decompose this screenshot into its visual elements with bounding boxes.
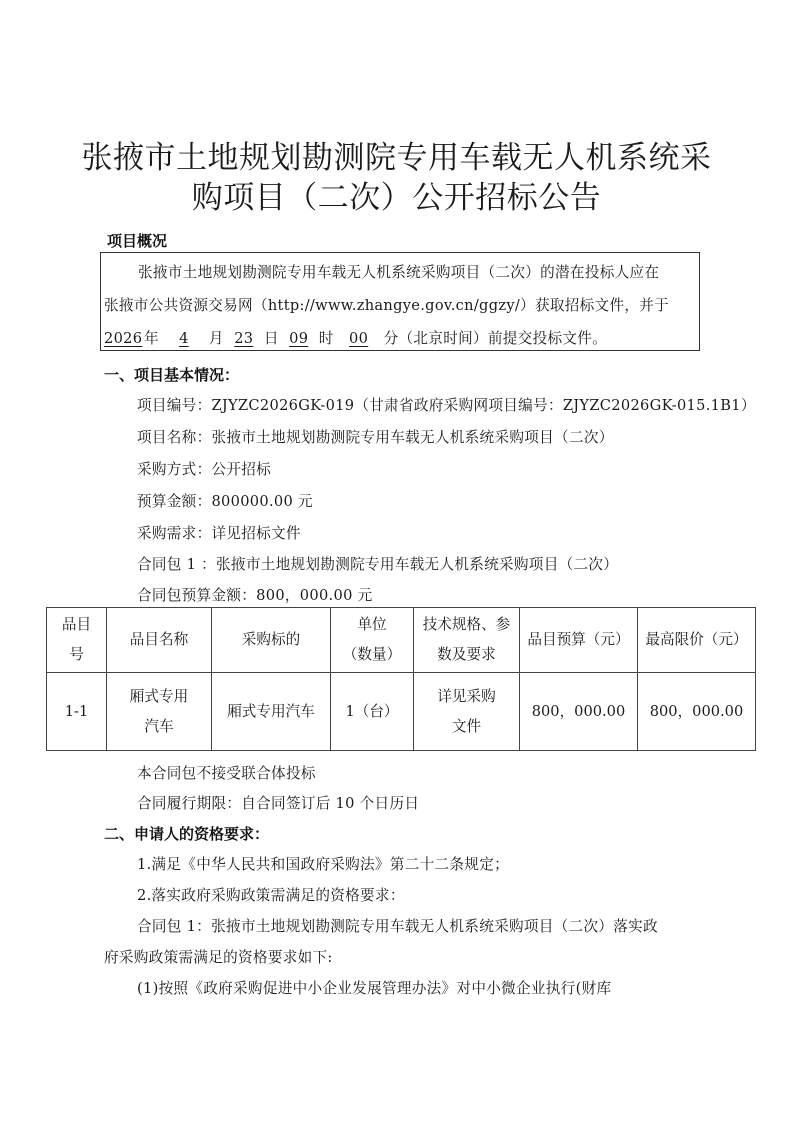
package-budget: 合同包预算金额：800，000.00 元 xyxy=(137,586,373,606)
qualification-item-2: 2.落实政府采购政策需满足的资格要求： xyxy=(137,886,405,906)
section1-heading: 一、项目基本情况： xyxy=(104,365,239,385)
budget-amount: 预算金额：800000.00 元 xyxy=(137,492,313,512)
header-max-price: 最高限价（元） xyxy=(638,608,756,673)
package-policy-line-2: 府采购政策需满足的资格要求如下: xyxy=(104,948,333,968)
contract-package: 合同包 1 ：张掖市土地规划勘测院专用车载无人机系统采购项目（二次） xyxy=(137,555,618,575)
deadline-year: 2026 xyxy=(104,329,144,349)
cell-max-price: 800，000.00 xyxy=(638,673,756,751)
section2-heading: 二、申请人的资格要求： xyxy=(104,824,269,844)
table-row: 1-1 厢式专用 汽车 厢式专用汽车 1（台） 详见采购 文件 800，000.… xyxy=(47,673,756,751)
deadline-minute-unit: 分 xyxy=(384,330,399,347)
header-unit: 单位 （数量） xyxy=(331,608,414,673)
deadline-year-unit: 年 xyxy=(144,330,159,347)
deadline-minute: 00 xyxy=(334,329,384,349)
title-line-1: 张掖市土地规划勘测院专用车载无人机系统采 xyxy=(60,138,733,178)
project-number: 项目编号：ZJYZC2026GK-019（甘肃省政府采购网项目编号：ZJYZC2… xyxy=(137,396,756,416)
items-table: 品目 号 品目名称 采购标的 单位 （数量） 技术规格、参 数及要求 品目预算（… xyxy=(46,607,756,751)
deadline-month: 4 xyxy=(159,329,209,349)
cell-spec: 详见采购 文件 xyxy=(414,673,520,751)
deadline-hour: 09 xyxy=(279,329,319,349)
overview-line-1: 张掖市土地规划勘测院专用车载无人机系统采购项目（二次）的潜在投标人应在 xyxy=(138,263,659,283)
performance-period: 合同履行期限：自合同签订后 10 个日历日 xyxy=(137,794,419,814)
header-item-budget: 品目预算（元） xyxy=(520,608,638,673)
cell-target: 厢式专用汽车 xyxy=(212,673,331,751)
cell-item-budget: 800，000.00 xyxy=(520,673,638,751)
deadline-suffix: （北京时间）前提交投标文件。 xyxy=(399,330,608,347)
deadline-month-unit: 月 xyxy=(209,330,224,347)
header-spec: 技术规格、参 数及要求 xyxy=(414,608,520,673)
cell-item-name: 厢式专用 汽车 xyxy=(107,673,212,751)
table-header-row: 品目 号 品目名称 采购标的 单位 （数量） 技术规格、参 数及要求 品目预算（… xyxy=(47,608,756,673)
cell-unit: 1（台） xyxy=(331,673,414,751)
overview-line-2: 张掖市公共资源交易网（http://www.zhangye.gov.cn/ggz… xyxy=(104,296,669,316)
procurement-method: 采购方式：公开招标 xyxy=(137,460,271,480)
title-line-2: 购项目（二次）公开招标公告 xyxy=(60,178,733,218)
header-target: 采购标的 xyxy=(212,608,331,673)
package-policy-line-1: 合同包 1：张掖市土地规划勘测院专用车载无人机系统采购项目（二次）落实政 xyxy=(137,917,658,937)
deadline-day-unit: 日 xyxy=(264,330,279,347)
deadline-hour-unit: 时 xyxy=(319,330,334,347)
no-consortium-note: 本合同包不接受联合体投标 xyxy=(137,764,316,784)
qualification-item-1: 1.满足《中华人民共和国政府采购法》第二十二条规定； xyxy=(137,855,509,875)
overview-deadline: 2026年4月23日09时00分（北京时间）前提交投标文件。 xyxy=(104,329,607,349)
cell-item-no: 1-1 xyxy=(47,673,107,751)
document-title: 张掖市土地规划勘测院专用车载无人机系统采 购项目（二次）公开招标公告 xyxy=(60,138,733,218)
header-item-name: 品目名称 xyxy=(107,608,212,673)
deadline-day: 23 xyxy=(224,329,264,349)
document-page: 张掖市土地规划勘测院专用车载无人机系统采 购项目（二次）公开招标公告 项目概况 … xyxy=(0,0,793,1122)
policy-sub-item-1: (1)按照《政府采购促进中小企业发展管理办法》对中小微企业执行(财库 xyxy=(137,979,611,999)
project-name: 项目名称：张掖市土地规划勘测院专用车载无人机系统采购项目（二次） xyxy=(137,428,614,448)
overview-heading: 项目概况 xyxy=(107,231,167,251)
procurement-requirements: 采购需求：详见招标文件 xyxy=(137,524,301,544)
header-item-no: 品目 号 xyxy=(47,608,107,673)
